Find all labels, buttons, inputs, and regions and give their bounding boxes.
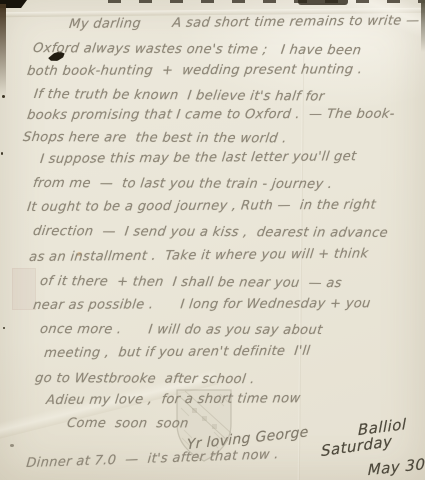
scan-edge-left <box>0 4 6 96</box>
letter-line: books promising that I came to Oxford . … <box>26 107 395 123</box>
letter-line: Shops here are the best in the world . <box>22 130 288 146</box>
paper-speck <box>10 444 14 447</box>
letter-line: Come soon soon <box>66 416 190 431</box>
letter-line: once more . I will do as you say about <box>39 322 323 338</box>
letter-line: both book-hunting + wedding present hunt… <box>26 62 363 79</box>
letter-line: Oxford always wastes one's time ; I have… <box>32 41 362 58</box>
paper-speck <box>3 327 5 329</box>
letter-line: of it there + then I shall be near you —… <box>39 274 343 291</box>
letter-line: go to Westbrooke after school . <box>34 371 256 387</box>
letter-line: It ought to be a good journey , Ruth — i… <box>26 198 377 215</box>
letter-line: near as possible . I long for Wednesday … <box>32 296 371 313</box>
paper-speck <box>1 152 3 155</box>
scan-edge-right <box>421 0 425 52</box>
paper-speck <box>2 95 5 98</box>
letter-line: If the truth be known I believe it's hal… <box>33 87 325 105</box>
letter-scan: { "letter": { "lines": [ "My darling A s… <box>0 0 425 480</box>
letter-line: I suppose this may be the last letter yo… <box>39 149 357 167</box>
letter-line: meeting , but if you aren't definite I'l… <box>43 344 311 361</box>
scan-edge-mark <box>298 0 348 5</box>
scan-edge-marks <box>108 0 425 3</box>
letter-line: Adieu my love , for a short time now <box>45 391 301 408</box>
letter-line: direction — I send you a kiss , dearest … <box>32 224 389 241</box>
letter-line: from me — to last you the train - journe… <box>32 176 333 192</box>
